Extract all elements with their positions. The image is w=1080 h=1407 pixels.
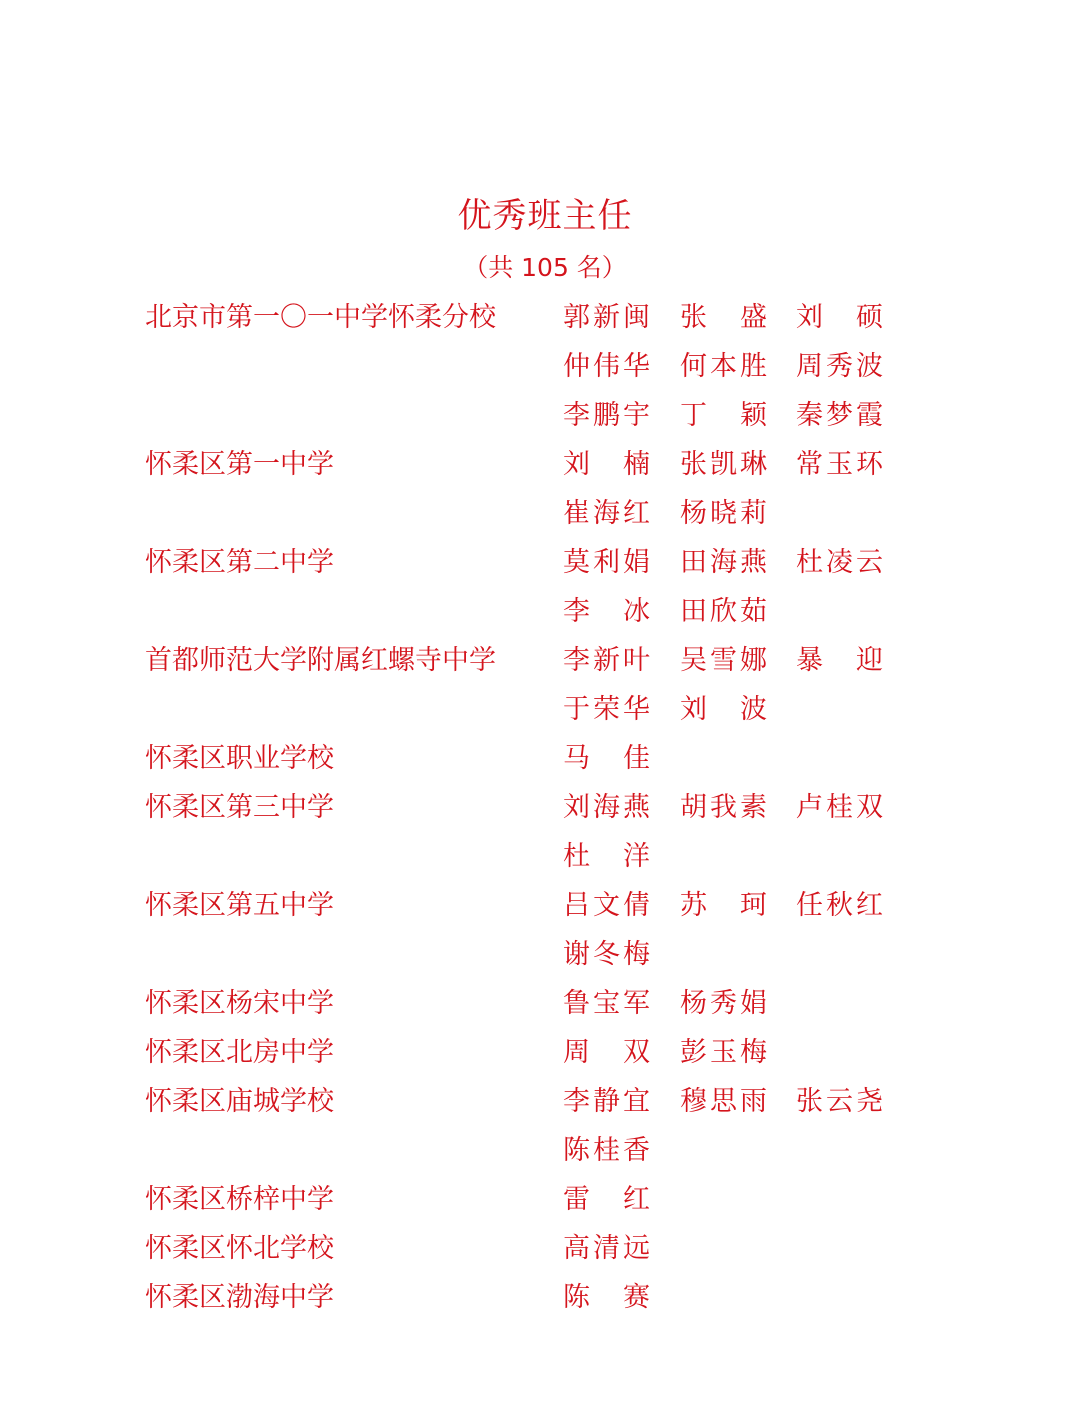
teacher-name: 任秋红 bbox=[796, 885, 883, 934]
name-row: 怀柔区北房中学周双彭玉梅 bbox=[145, 1032, 905, 1081]
page-title: 优秀班主任 bbox=[0, 194, 1080, 238]
name-row: 怀柔区怀北学校高清远 bbox=[145, 1228, 905, 1277]
school-name: 怀柔区渤海中学 bbox=[145, 1277, 334, 1326]
teacher-name: 雷红 bbox=[563, 1179, 650, 1228]
school-name: 怀柔区第一中学 bbox=[145, 444, 334, 493]
school-name: 首都师范大学附属红螺寺中学 bbox=[145, 640, 496, 689]
school-name: 怀柔区杨宋中学 bbox=[145, 983, 334, 1032]
school-entry: 怀柔区职业学校马佳 bbox=[145, 738, 905, 787]
name-row: 怀柔区第一中学刘楠张凯琳常玉环 bbox=[145, 444, 905, 493]
teacher-name: 陈赛 bbox=[563, 1277, 650, 1326]
name-row: 北京市第一〇一中学怀柔分校郭新闽张盛刘硕 bbox=[145, 297, 905, 346]
teacher-name: 暴迎 bbox=[796, 640, 883, 689]
teacher-name: 鲁宝军 bbox=[563, 983, 650, 1032]
teacher-name: 高清远 bbox=[563, 1228, 650, 1277]
teacher-name: 刘楠 bbox=[563, 444, 650, 493]
school-name: 怀柔区第五中学 bbox=[145, 885, 334, 934]
school-entry: 怀柔区第三中学刘海燕胡我素卢桂双杜洋 bbox=[145, 787, 905, 885]
school-entry: 怀柔区渤海中学陈赛 bbox=[145, 1277, 905, 1326]
teacher-name: 吴雪娜 bbox=[680, 640, 767, 689]
school-entry: 怀柔区桥梓中学雷红 bbox=[145, 1179, 905, 1228]
school-entry: 怀柔区北房中学周双彭玉梅 bbox=[145, 1032, 905, 1081]
teacher-name: 丁颖 bbox=[680, 395, 767, 444]
teacher-name: 杨秀娟 bbox=[680, 983, 767, 1032]
teacher-name: 李鹏宇 bbox=[563, 395, 650, 444]
teacher-name: 李新叶 bbox=[563, 640, 650, 689]
teacher-name: 张盛 bbox=[680, 297, 767, 346]
teacher-name: 刘海燕 bbox=[563, 787, 650, 836]
teacher-name: 何本胜 bbox=[680, 346, 767, 395]
teacher-name: 常玉环 bbox=[796, 444, 883, 493]
name-row: 谢冬梅 bbox=[145, 934, 905, 983]
name-row: 首都师范大学附属红螺寺中学李新叶吴雪娜暴迎 bbox=[145, 640, 905, 689]
school-entry: 怀柔区庙城学校李静宜穆思雨张云尧陈桂香 bbox=[145, 1081, 905, 1179]
teacher-name: 吕文倩 bbox=[563, 885, 650, 934]
teacher-name: 杨晓莉 bbox=[680, 493, 767, 542]
teacher-name: 谢冬梅 bbox=[563, 934, 650, 983]
teacher-name: 马佳 bbox=[563, 738, 650, 787]
teacher-name: 彭玉梅 bbox=[680, 1032, 767, 1081]
teacher-name: 杜凌云 bbox=[796, 542, 883, 591]
teacher-name: 李冰 bbox=[563, 591, 650, 640]
teacher-name: 李静宜 bbox=[563, 1081, 650, 1130]
school-entry: 怀柔区第二中学莫利娟田海燕杜凌云李冰田欣茹 bbox=[145, 542, 905, 640]
school-entry: 怀柔区第五中学吕文倩苏珂任秋红谢冬梅 bbox=[145, 885, 905, 983]
name-row: 怀柔区渤海中学陈赛 bbox=[145, 1277, 905, 1326]
teacher-name: 崔海红 bbox=[563, 493, 650, 542]
school-name: 怀柔区怀北学校 bbox=[145, 1228, 334, 1277]
name-row: 于荣华刘波 bbox=[145, 689, 905, 738]
school-entry: 怀柔区杨宋中学鲁宝军杨秀娟 bbox=[145, 983, 905, 1032]
teacher-name: 刘波 bbox=[680, 689, 767, 738]
name-row: 怀柔区第三中学刘海燕胡我素卢桂双 bbox=[145, 787, 905, 836]
teacher-name: 陈桂香 bbox=[563, 1130, 650, 1179]
teacher-name: 张凯琳 bbox=[680, 444, 767, 493]
name-row: 怀柔区桥梓中学雷红 bbox=[145, 1179, 905, 1228]
teacher-name: 卢桂双 bbox=[796, 787, 883, 836]
school-name: 北京市第一〇一中学怀柔分校 bbox=[145, 297, 496, 346]
school-name: 怀柔区第二中学 bbox=[145, 542, 334, 591]
school-entry: 怀柔区第一中学刘楠张凯琳常玉环崔海红杨晓莉 bbox=[145, 444, 905, 542]
teacher-name: 张云尧 bbox=[796, 1081, 883, 1130]
name-row: 仲伟华何本胜周秀波 bbox=[145, 346, 905, 395]
school-name: 怀柔区庙城学校 bbox=[145, 1081, 334, 1130]
teacher-name: 田欣茹 bbox=[680, 591, 767, 640]
name-row: 李冰田欣茹 bbox=[145, 591, 905, 640]
school-name: 怀柔区职业学校 bbox=[145, 738, 334, 787]
teacher-name: 杜洋 bbox=[563, 836, 650, 885]
teacher-name: 仲伟华 bbox=[563, 346, 650, 395]
name-row: 怀柔区第二中学莫利娟田海燕杜凌云 bbox=[145, 542, 905, 591]
name-row: 陈桂香 bbox=[145, 1130, 905, 1179]
name-row: 崔海红杨晓莉 bbox=[145, 493, 905, 542]
teacher-name: 周双 bbox=[563, 1032, 650, 1081]
teacher-name: 周秀波 bbox=[796, 346, 883, 395]
school-name: 怀柔区桥梓中学 bbox=[145, 1179, 334, 1228]
teacher-name: 郭新闽 bbox=[563, 297, 650, 346]
school-entry: 怀柔区怀北学校高清远 bbox=[145, 1228, 905, 1277]
name-row: 杜洋 bbox=[145, 836, 905, 885]
teacher-name: 田海燕 bbox=[680, 542, 767, 591]
honoree-list: 北京市第一〇一中学怀柔分校郭新闽张盛刘硕仲伟华何本胜周秀波李鹏宇丁颖秦梦霞怀柔区… bbox=[145, 297, 905, 1326]
page-subtitle: （共 105 名） bbox=[0, 252, 1080, 284]
school-name: 怀柔区第三中学 bbox=[145, 787, 334, 836]
teacher-name: 刘硕 bbox=[796, 297, 883, 346]
name-row: 李鹏宇丁颖秦梦霞 bbox=[145, 395, 905, 444]
name-row: 怀柔区杨宋中学鲁宝军杨秀娟 bbox=[145, 983, 905, 1032]
school-name: 怀柔区北房中学 bbox=[145, 1032, 334, 1081]
teacher-name: 于荣华 bbox=[563, 689, 650, 738]
name-row: 怀柔区职业学校马佳 bbox=[145, 738, 905, 787]
school-entry: 首都师范大学附属红螺寺中学李新叶吴雪娜暴迎于荣华刘波 bbox=[145, 640, 905, 738]
teacher-name: 秦梦霞 bbox=[796, 395, 883, 444]
teacher-name: 莫利娟 bbox=[563, 542, 650, 591]
teacher-name: 穆思雨 bbox=[680, 1081, 767, 1130]
name-row: 怀柔区第五中学吕文倩苏珂任秋红 bbox=[145, 885, 905, 934]
name-row: 怀柔区庙城学校李静宜穆思雨张云尧 bbox=[145, 1081, 905, 1130]
teacher-name: 苏珂 bbox=[680, 885, 767, 934]
school-entry: 北京市第一〇一中学怀柔分校郭新闽张盛刘硕仲伟华何本胜周秀波李鹏宇丁颖秦梦霞 bbox=[145, 297, 905, 444]
teacher-name: 胡我素 bbox=[680, 787, 767, 836]
